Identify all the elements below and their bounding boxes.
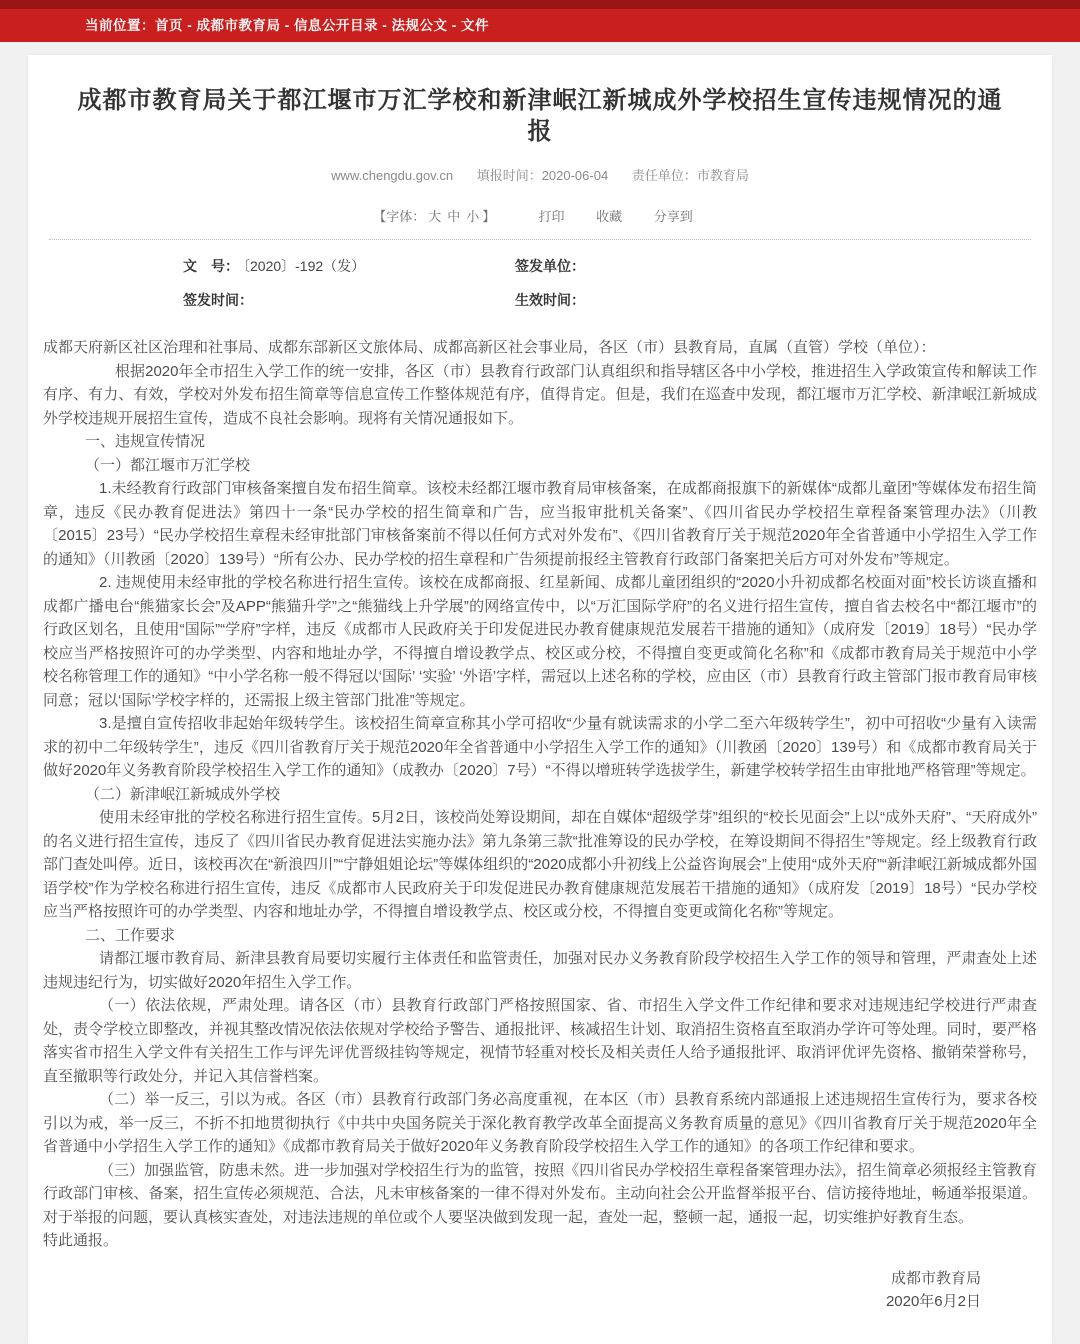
font-size-prefix: 【字体： xyxy=(373,209,425,224)
signature-org: 成都市教育局 xyxy=(41,1267,981,1291)
body-paragraph: （一）依法依规，严肃处理。请各区（市）县教育行政部门严格按照国家、省、市招生入学… xyxy=(43,994,1037,1088)
responsible-unit: 责任单位：市教育局 xyxy=(632,168,749,183)
font-size-large-button[interactable]: 大 xyxy=(428,209,441,224)
closing-line: 特此通报。 xyxy=(43,1229,1037,1253)
body-paragraph: 成都天府新区社区治理和社事局、成都东部新区文旅体局、成都高新区社会事业局，各区（… xyxy=(43,336,1037,360)
body-paragraph: 2. 违规使用未经审批的学校名称进行招生宣传。该校在成都商报、红星新闻、成都儿童… xyxy=(43,571,1037,712)
fill-time: 填报时间：2020-06-04 xyxy=(477,168,609,183)
source-site: www.chengdu.gov.cn xyxy=(331,168,453,183)
document-body: 成都天府新区社区治理和社事局、成都东部新区文旅体局、成都高新区社会事业局，各区（… xyxy=(41,336,1039,1253)
fields-row-2: 签发时间： 生效时间： xyxy=(41,290,1039,310)
print-button[interactable]: 打印 xyxy=(539,209,565,224)
effect-time-field: 生效时间： xyxy=(510,290,1039,310)
font-size-suffix: 】 xyxy=(482,209,495,224)
signature-block: 成都市教育局 2020年6月2日 xyxy=(41,1267,1039,1314)
section-heading: 二、工作要求 xyxy=(43,924,1037,948)
breadcrumb-bar: 当前位置：首页 - 成都市教育局 - 信息公开目录 - 法规公文 - 文件 xyxy=(0,9,1080,42)
doc-number-value: 〔2020〕-192（发） xyxy=(243,258,365,274)
doc-number-field: 文 号：〔2020〕-192（发） xyxy=(41,256,510,276)
body-paragraph: 根据2020年全市招生入学工作的统一安排，各区（市）县教育行政部门认真组织和指导… xyxy=(43,360,1037,431)
body-paragraph: （三）加强监管，防患未然。进一步加强对学校招生行为的监管，按照《四川省民办学校招… xyxy=(43,1159,1037,1230)
issue-time-label: 签发时间： xyxy=(183,292,253,308)
breadcrumb[interactable]: 首页 - 成都市教育局 - 信息公开目录 - 法规公文 - 文件 xyxy=(155,18,489,33)
body-paragraph: 1.未经教育行政部门审核备案擅自发布招生简章。该校未经都江堰市教育局审核备案，在… xyxy=(43,477,1037,571)
article-toolbar: 【字体：大中小】 打印 收藏 分享到 xyxy=(41,206,1039,225)
subsection-heading: （二）新津岷江新城成外学校 xyxy=(43,783,1037,807)
article-container: 成都市教育局关于都江堰市万汇学校和新津岷江新城成外学校招生宣传违规情况的通报 w… xyxy=(28,55,1052,1344)
subsection-heading: （一）都江堰市万汇学校 xyxy=(43,454,1037,478)
page-title: 成都市教育局关于都江堰市万汇学校和新津岷江新城成外学校招生宣传违规情况的通报 xyxy=(71,85,1009,147)
issue-unit-field: 签发单位： xyxy=(510,256,1039,276)
section-heading: 一、违规宣传情况 xyxy=(43,430,1037,454)
doc-number-label: 文 号： xyxy=(183,258,239,274)
breadcrumb-label: 当前位置： xyxy=(85,18,155,33)
signature-date: 2020年6月2日 xyxy=(41,1290,981,1314)
page-background: 成都市教育局关于都江堰市万汇学校和新津岷江新城成外学校招生宣传违规情况的通报 w… xyxy=(0,42,1080,1344)
share-button[interactable]: 分享到 xyxy=(654,209,693,224)
body-paragraph: 3.是擅自宣传招收非起始年级转学生。该校招生简章宣称其小学可招收“少量有就读需求… xyxy=(43,712,1037,783)
article-meta: www.chengdu.gov.cn 填报时间：2020-06-04 责任单位：… xyxy=(41,165,1039,184)
dotted-divider xyxy=(49,239,1031,240)
font-size-medium-button[interactable]: 中 xyxy=(447,209,460,224)
fields-row-1: 文 号：〔2020〕-192（发） 签发单位： xyxy=(41,256,1039,276)
issue-unit-label: 签发单位： xyxy=(515,258,585,274)
document-fields: 文 号：〔2020〕-192（发） 签发单位： 签发时间： 生效时间： xyxy=(41,256,1039,310)
top-border-strip xyxy=(0,0,1080,9)
body-paragraph: 请都江堰市教育局、新津县教育局要切实履行主体责任和监管责任，加强对民办义务教育阶… xyxy=(43,947,1037,994)
body-paragraph: （二）举一反三，引以为戒。各区（市）县教育行政部门务必高度重视，在本区（市）县教… xyxy=(43,1088,1037,1159)
issue-time-field: 签发时间： xyxy=(41,290,510,310)
font-size-small-button[interactable]: 小 xyxy=(466,209,479,224)
favorite-button[interactable]: 收藏 xyxy=(596,209,622,224)
effect-time-label: 生效时间： xyxy=(515,292,585,308)
body-paragraph: 使用未经审批的学校名称进行招生宣传。5月2日，该校尚处筹设期间，却在自媒体“超级… xyxy=(43,806,1037,924)
